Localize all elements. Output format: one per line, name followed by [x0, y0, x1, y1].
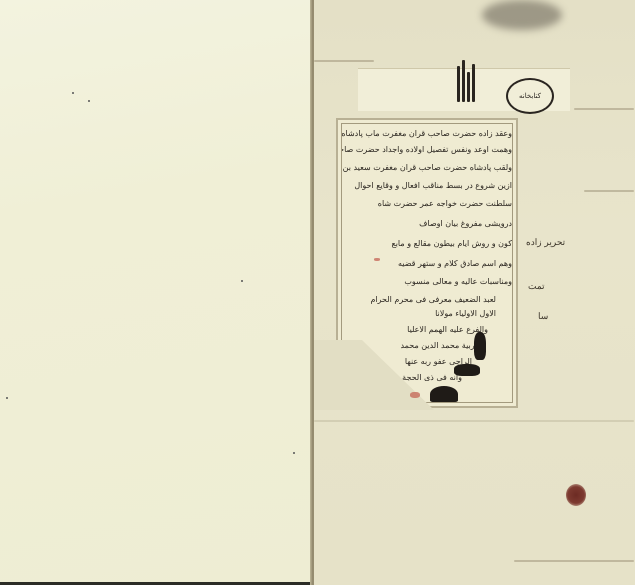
dark-smudge: [482, 0, 562, 30]
tughra-icon: [450, 58, 482, 102]
colophon-line: الاول الاولیاء مولانا: [356, 310, 496, 318]
right-title-page: title page with owner statements کتابخان…: [314, 0, 635, 585]
right-page-label: title page with owner statements: [314, 0, 315, 1]
paper-crease: [514, 560, 634, 562]
colophon-line: والفرع علیه الهمم الاعلیا: [364, 326, 488, 334]
text-line: وهم اسم صادق کلام و ستهر قضیه: [342, 260, 512, 268]
paper-crease: [314, 420, 634, 422]
paper-crease: [574, 108, 634, 110]
seal-text: کتابخانه: [519, 92, 541, 100]
text-line: ولقب پادشاه حضرت صاحب قران مغفرت سعید بن…: [342, 164, 512, 172]
manuscript-spread: blank flyleaf title page with owner stat…: [0, 0, 635, 585]
colophon-line: لعبد الضعیف معرفی فی محرم الحرام: [356, 296, 496, 304]
library-seal-stamp: کتابخانه: [506, 78, 554, 114]
text-line: سلطنت حضرت خواجه عمر حضرت شاه: [342, 200, 512, 208]
margin-note: سا: [538, 312, 548, 322]
margin-note: تحریر زاده: [526, 238, 565, 248]
red-stain: [566, 484, 586, 506]
ink-speck: [88, 100, 90, 102]
text-line: کون و روش ایام بیطون مقالع و مابع: [342, 240, 512, 248]
text-line: ازین شروع در بسط مناقب افعال و وقایع احو…: [342, 182, 512, 190]
red-ink-mark: [374, 258, 380, 261]
paper-crease: [314, 60, 374, 62]
text-line: ومناسبات عالیه و معالی منسوب: [342, 278, 512, 286]
text-line: درویشی مفروغ بیان اوصاف: [342, 220, 512, 228]
large-ink-glyph: [454, 364, 480, 376]
ink-blot: [430, 386, 458, 402]
colophon-line: لتربیة محمد الدین محمد: [370, 342, 480, 350]
red-ink-mark: [410, 392, 420, 398]
ink-speck: [72, 92, 74, 94]
large-ink-glyph: [474, 332, 486, 360]
text-line: وعقد زاده حضرت صاحب قران مغفرت ماب پادشا…: [342, 130, 512, 138]
ink-speck: [293, 452, 295, 454]
ink-speck: [241, 280, 243, 282]
margin-note: تمت: [528, 282, 545, 292]
ink-speck: [6, 397, 8, 399]
text-line: وهمت اوعد ونفس تفصیل اولاده واجداد حضرت …: [342, 146, 512, 154]
left-flyleaf-page: blank flyleaf: [0, 0, 312, 582]
paper-crease: [584, 190, 634, 192]
left-page-label: blank flyleaf: [0, 0, 1, 1]
